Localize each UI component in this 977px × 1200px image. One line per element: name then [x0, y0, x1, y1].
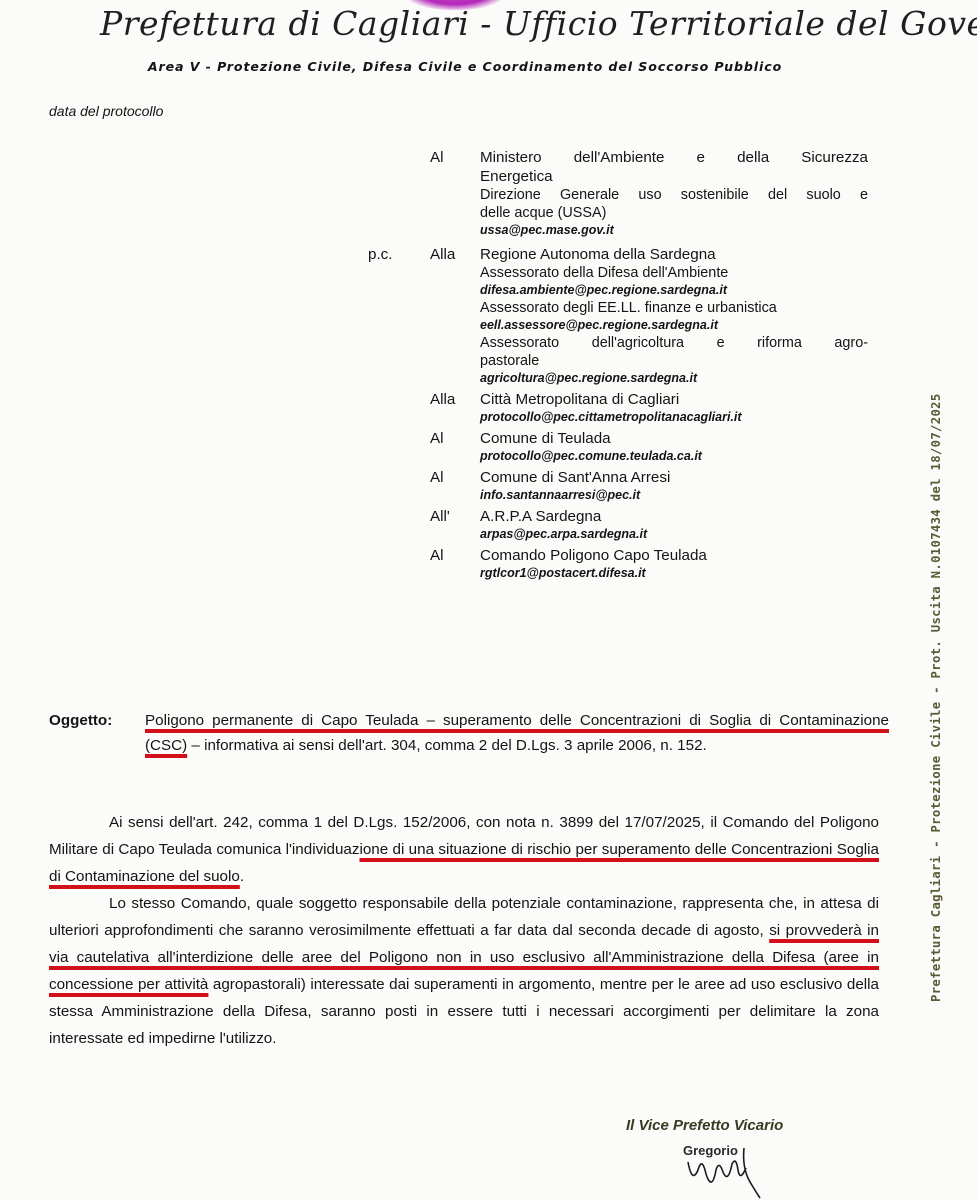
- recipient-name-line: Direzione Generale uso sostenibile del s…: [480, 186, 868, 204]
- recipient-name-line: A.R.P.A Sardegna: [480, 507, 868, 526]
- recipient-name-line: Assessorato degli EE.LL. finanze e urban…: [480, 299, 868, 317]
- recipient-preposition: All': [430, 507, 450, 526]
- recipient-email: protocollo@pec.comune.teulada.ca.it: [480, 448, 868, 465]
- recipient-email: protocollo@pec.cittametropolitanacagliar…: [480, 409, 868, 426]
- recipient-preposition: Alla: [430, 245, 455, 264]
- recipient-email: difesa.ambiente@pec.regione.sardegna.it: [480, 282, 868, 299]
- recipient-name-line: Comune di Sant'Anna Arresi: [480, 468, 868, 487]
- cc-label: p.c.: [368, 245, 392, 264]
- recipient-preposition: Alla: [430, 390, 455, 409]
- recipient-entry: AlComando Poligono Capo Teuladargtlcor1@…: [368, 546, 868, 582]
- letterhead-title: Prefettura di Cagliari - Ufficio Territo…: [100, 4, 840, 43]
- recipients-list: AlMinistero dell'Ambiente e della Sicure…: [368, 148, 868, 585]
- subject-text: Poligono permanente di Capo Teulada – su…: [145, 708, 889, 758]
- recipient-entry: AllaCittà Metropolitana di Cagliariproto…: [368, 390, 868, 426]
- subject-block: Oggetto: Poligono permanente di Capo Teu…: [49, 708, 889, 758]
- signer-title: Il Vice Prefetto Vicario: [626, 1117, 783, 1134]
- handwritten-signature: [680, 1140, 770, 1200]
- recipient-name-line: Assessorato della Difesa dell'Ambiente: [480, 264, 868, 282]
- recipient-entry: p.c.AllaRegione Autonoma della SardegnaA…: [368, 245, 868, 387]
- recipient-email: ussa@pec.mase.gov.it: [480, 222, 868, 239]
- body-paragraph: Ai sensi dell'art. 242, comma 1 del D.Lg…: [49, 809, 879, 890]
- recipient-entry: AlComune di Sant'Anna Arresiinfo.santann…: [368, 468, 868, 504]
- paragraph-text: .: [240, 868, 244, 885]
- recipient-name-line: delle acque (USSA): [480, 204, 868, 222]
- recipient-name-line: Comune di Teulada: [480, 429, 868, 448]
- recipient-email: arpas@pec.arpa.sardegna.it: [480, 526, 868, 543]
- recipient-entry: AlComune di Teuladaprotocollo@pec.comune…: [368, 429, 868, 465]
- recipient-name-line: Energetica: [480, 167, 868, 186]
- letter-body: Ai sensi dell'art. 242, comma 1 del D.Lg…: [49, 809, 879, 1052]
- recipient-name-line: Ministero dell'Ambiente e della Sicurezz…: [480, 148, 868, 167]
- recipient-name-line: Città Metropolitana di Cagliari: [480, 390, 868, 409]
- recipient-preposition: Al: [430, 546, 444, 565]
- recipient-email: rgtlcor1@postacert.difesa.it: [480, 565, 868, 582]
- protocol-date-label: data del protocollo: [49, 103, 163, 119]
- recipient-entry: AlMinistero dell'Ambiente e della Sicure…: [368, 148, 868, 239]
- protocol-stamp: Prefettura Cagliari - Protezione Civile …: [929, 393, 943, 1002]
- recipient-email: agricoltura@pec.regione.sardegna.it: [480, 370, 868, 387]
- letterhead-subtitle: Area V - Protezione Civile, Difesa Civil…: [80, 59, 850, 74]
- recipient-entry: All'A.R.P.A Sardegnaarpas@pec.arpa.sarde…: [368, 507, 868, 543]
- recipient-name-line: Assessorato dell'agricoltura e riforma a…: [480, 334, 868, 352]
- recipient-email: eell.assessore@pec.regione.sardegna.it: [480, 317, 868, 334]
- recipient-preposition: Al: [430, 468, 444, 487]
- body-paragraph: Lo stesso Comando, quale soggetto respon…: [49, 890, 879, 1052]
- subject-rest: – informativa ai sensi dell'art. 304, co…: [187, 737, 707, 754]
- recipient-preposition: Al: [430, 429, 444, 448]
- recipient-email: info.santannaarresi@pec.it: [480, 487, 868, 504]
- recipient-preposition: Al: [430, 148, 444, 167]
- paragraph-text: Lo stesso Comando, quale soggetto respon…: [49, 895, 879, 939]
- recipient-name-line: Comando Poligono Capo Teulada: [480, 546, 868, 565]
- recipient-name-line: Regione Autonoma della Sardegna: [480, 245, 868, 264]
- subject-label: Oggetto:: [49, 708, 112, 733]
- recipient-name-line: pastorale: [480, 352, 868, 370]
